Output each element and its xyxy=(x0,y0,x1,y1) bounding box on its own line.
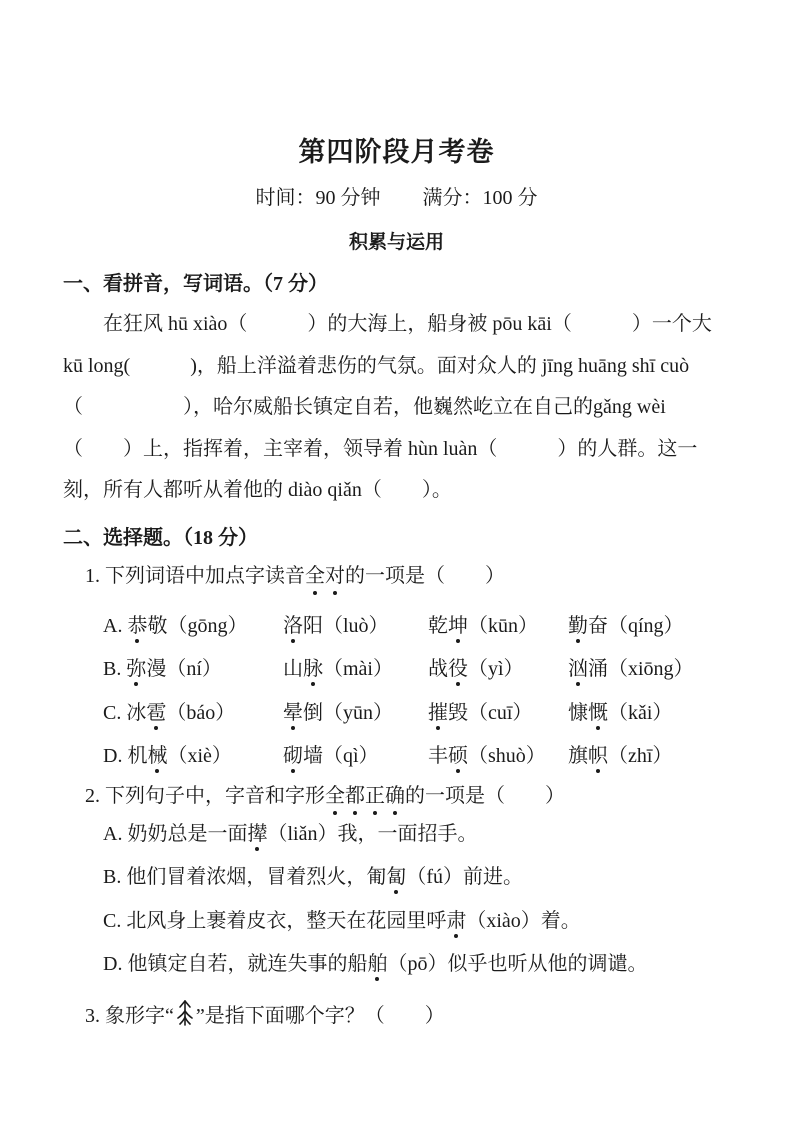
passage-line: 在狂风 hū xiào（ ）的大海上，船身被 pōu kāi（ ）一个大 xyxy=(63,304,730,346)
question-3-stem: 3. 象形字“”是指下面哪个字？（ ） xyxy=(85,998,730,1030)
exam-meta: 时间：90 分钟满分：100 分 xyxy=(63,184,730,212)
option-row-d: D. 机械（xiè） 砌墙（qì） 丰硕（shuò） 旗帜（zhī） xyxy=(103,732,730,776)
option-cell: 山脉（mài） xyxy=(283,652,428,681)
time-limit: 时间：90 分钟 xyxy=(256,187,381,209)
option-cell: 旗帜（zhī） xyxy=(568,739,730,768)
option-cell: 汹涌（xiōng） xyxy=(568,652,730,681)
pinyin-passage: 在狂风 hū xiào（ ）的大海上，船身被 pōu kāi（ ）一个大 kū … xyxy=(63,304,730,512)
option-line-d: D. 他镇定自若，就连失事的船舶（pō）似乎也听从他的调谴。 xyxy=(103,940,730,984)
option-cell: 勤奋（qíng） xyxy=(568,609,730,638)
option-cell: 战役（yì） xyxy=(428,652,568,681)
section-heading: 积累与运用 xyxy=(63,230,730,256)
question-1-options: A. 恭敬（gōng） 洛阳（luò） 乾坤（kūn） 勤奋（qíng） B. … xyxy=(103,602,730,776)
part1-heading: 一、看拼音，写词语。（7 分） xyxy=(63,270,730,298)
option-line-c: C. 北风身上裹着皮衣，整天在花园里呼肃（xiào）着。 xyxy=(103,897,730,941)
question-3-text-before: 3. 象形字“ xyxy=(85,1005,174,1027)
option-row-b: B. 弥漫（ní） 山脉（mài） 战役（yì） 汹涌（xiōng） xyxy=(103,645,730,689)
option-cell: C. 冰雹（báo） xyxy=(103,696,283,725)
passage-line: 刻，所有人都听从着他的 diào qiǎn（ ）。 xyxy=(63,470,730,512)
option-line-a: A. 奶奶总是一面撵（liǎn）我，一面招手。 xyxy=(103,810,730,854)
full-score: 满分：100 分 xyxy=(423,187,538,209)
option-cell: 晕倒（yūn） xyxy=(283,696,428,725)
option-cell: B. 弥漫（ní） xyxy=(103,652,283,681)
passage-line: （ ）上，指挥着，主宰着，领导着 hùn luàn（ ）的人群。这一 xyxy=(63,429,730,471)
option-cell: A. 恭敬（gōng） xyxy=(103,609,283,638)
passage-line: kū long( )，船上洋溢着悲伤的气氛。面对众人的 jīng huāng s… xyxy=(63,346,730,388)
exam-paper-page: 第四阶段月考卷 时间：90 分钟满分：100 分 积累与运用 一、看拼音，写词语… xyxy=(0,0,793,1122)
question-3-text-after: ”是指下面哪个字？（ ） xyxy=(196,1005,445,1027)
question-2-options: A. 奶奶总是一面撵（liǎn）我，一面招手。 B. 他们冒着浓烟，冒着烈火，匍… xyxy=(63,810,730,984)
question-2-stem: 2. 下列句子中，字音和字形全都正确的一项是（ ） xyxy=(85,782,730,810)
pictograph-icon xyxy=(175,998,195,1028)
page-title: 第四阶段月考卷 xyxy=(63,136,730,168)
option-line-b: B. 他们冒着浓烟，冒着烈火，匍匐（fú）前进。 xyxy=(103,853,730,897)
option-cell: 慷慨（kǎi） xyxy=(568,696,730,725)
option-cell: 乾坤（kūn） xyxy=(428,609,568,638)
part2-heading: 二、选择题。（18 分） xyxy=(63,524,730,552)
question-1-stem: 1. 下列词语中加点字读音全对的一项是（ ） xyxy=(85,562,730,590)
option-row-c: C. 冰雹（báo） 晕倒（yūn） 摧毁（cuī） 慷慨（kǎi） xyxy=(103,689,730,733)
option-cell: 洛阳（luò） xyxy=(283,609,428,638)
option-cell: 摧毁（cuī） xyxy=(428,696,568,725)
option-cell: 丰硕（shuò） xyxy=(428,739,568,768)
passage-line: （ ），哈尔威船长镇定自若，他巍然屹立在自己的gǎng wèi xyxy=(63,387,730,429)
option-row-a: A. 恭敬（gōng） 洛阳（luò） 乾坤（kūn） 勤奋（qíng） xyxy=(103,602,730,646)
option-cell: D. 机械（xiè） xyxy=(103,739,283,768)
option-cell: 砌墙（qì） xyxy=(283,739,428,768)
